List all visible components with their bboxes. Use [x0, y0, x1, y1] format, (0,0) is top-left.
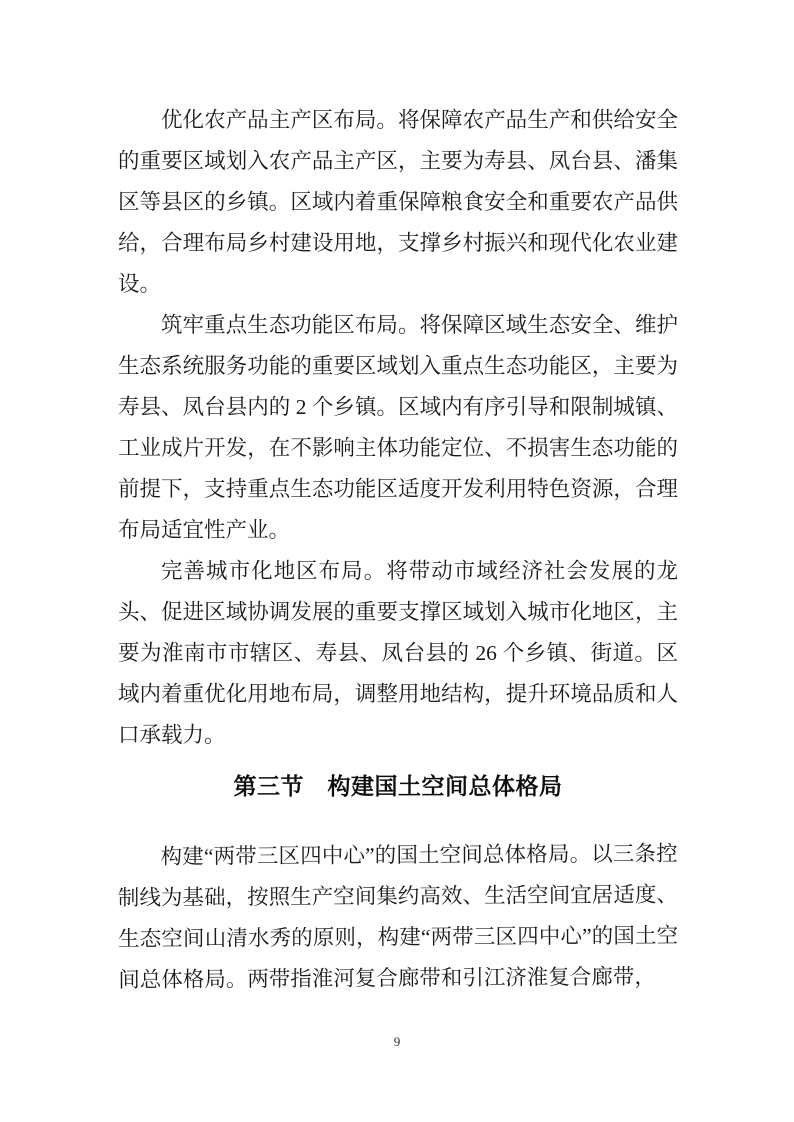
paragraph-urbanization-zone-layout: 完善城市化地区布局。将带动市域经济社会发展的龙头、促进区域协调发展的重要支撑区域…	[118, 551, 678, 756]
page-body: 优化农产品主产区布局。将保障农产品生产和供给安全的重要区域划入农产品主产区，主要…	[118, 100, 678, 1001]
document-page: 优化农产品主产区布局。将保障农产品生产和供给安全的重要区域划入农产品主产区，主要…	[0, 0, 794, 1122]
paragraph-agricultural-zone-layout: 优化农产品主产区布局。将保障农产品生产和供给安全的重要区域划入农产品主产区，主要…	[118, 100, 678, 305]
section-heading: 第三节 构建国土空间总体格局	[118, 766, 678, 807]
page-number: 9	[0, 1034, 794, 1050]
paragraph-ecological-zone-layout: 筑牢重点生态功能区布局。将保障区域生态安全、维护生态系统服务功能的重要区域划入重…	[118, 305, 678, 551]
paragraph-overall-spatial-pattern: 构建“两带三区四中心”的国土空间总体格局。以三条控制线为基础，按照生产空间集约高…	[117, 834, 678, 1001]
